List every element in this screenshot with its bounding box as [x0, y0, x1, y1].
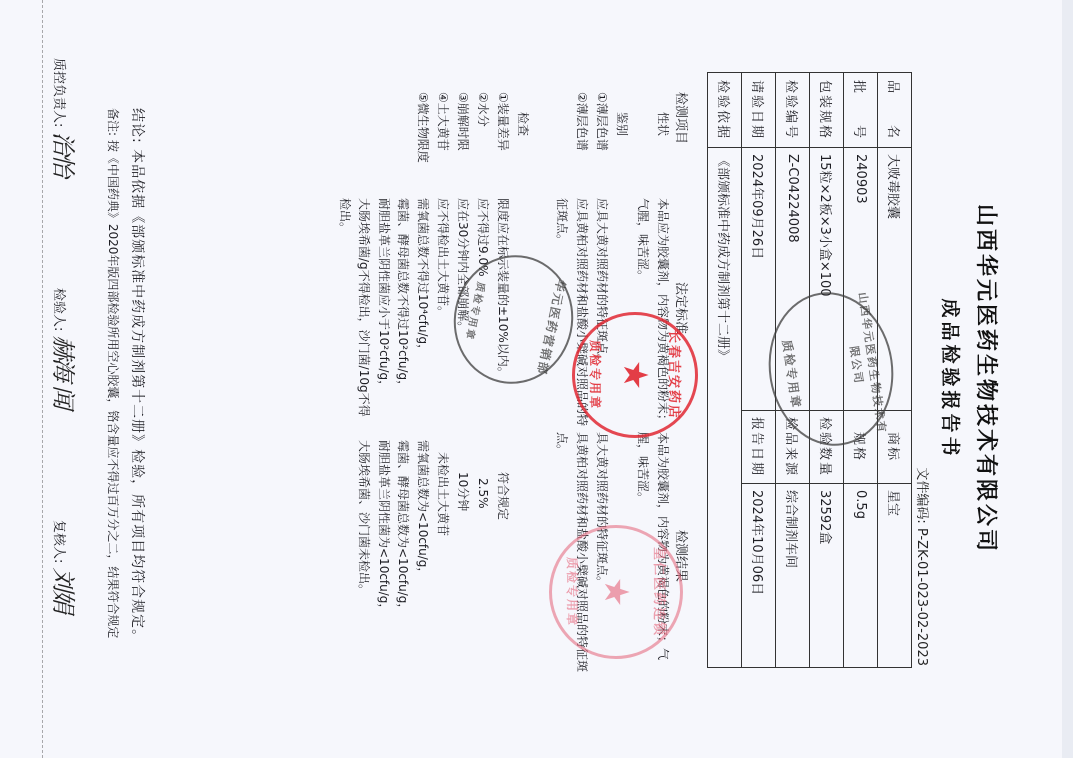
red-qc-stamp: 长春吉安药店 ★ 质检专用章 [572, 312, 698, 438]
stamp-text-bottom: 质检专用章 [564, 528, 581, 656]
item-moisture: ②水分 [473, 92, 493, 127]
item-tlc-2: ②薄层色谱 [572, 92, 592, 151]
remark-label: 备注: [106, 108, 120, 136]
standard-microbial-limit: 需氧菌总数不得过10⁴cfu/g， 霉菌、酵母菌总数不得过10²cfu/g， 耐… [335, 198, 433, 417]
item-rhaponticin: ④土大黄苷 [433, 92, 453, 151]
label-inspection-number: 检验编号 [776, 73, 810, 148]
label-product-name: 品 名 [878, 73, 912, 148]
value-quantity: 32592盒 [810, 484, 844, 668]
label-packaging: 包装规格 [810, 73, 844, 148]
inspector-signature-block: 检验人: 赫海 闻 [48, 288, 83, 407]
item-tlc-1: ①薄层色谱 [592, 92, 612, 151]
item-examination: 检查 [513, 112, 533, 136]
value-report-date: 2024年10月06日 [742, 484, 776, 668]
inspector-label: 检验人: [51, 288, 66, 331]
document-code: 文件编码: P-ZK-01-023-02-2023 [914, 467, 933, 666]
label-batch-number: 批 号 [844, 73, 878, 148]
reviewer-signature-block: 复核人: 刘娟 [48, 520, 83, 612]
company-name: 山西华元医药生物技术有限公司 [972, 0, 1003, 758]
table-row: 检验依据 《部颁标准中药成方制剂第十二册》 [708, 73, 742, 668]
standard-microbial-line: 耐胆盐革兰阴性菌应小于10²cfu/g， [374, 198, 394, 417]
result-microbial-line: 耐胆盐革兰阴性菌为<10cfu/g， [374, 440, 394, 615]
result-rhaponticin: 未检出土大黄苷 [433, 452, 453, 536]
conclusion-label: 结论: [129, 108, 145, 144]
scan-fold-line [42, 0, 43, 758]
pink-qc-stamp: 皇仁医药连锁 ★ 质检专用章 [549, 525, 683, 659]
standard-microbial-line: 霉菌、酵母菌总数不得过10²cfu/g， [393, 198, 413, 417]
inspection-report-page: 山西华元医药生物技术有限公司 成品检验报告书 文件编码: P-ZK-01-023… [0, 0, 1073, 758]
remark-text: 按《中国药典》2020年版四部检验所用空心胶囊，铬含量应不得过百万分之二，结果符… [106, 140, 120, 639]
value-sample-source: 综合制剂车间 [776, 484, 810, 668]
standard-microbial-line: 需氧菌总数不得过10⁴cfu/g， [413, 198, 433, 417]
result-microbial-line: 霉菌、酵母菌总数为<10cfu/g， [393, 440, 413, 615]
result-fill-variation: 符合规定 [493, 472, 513, 520]
standard-microbial-line: 检出。 [335, 198, 355, 417]
conclusion: 结论: 本品依据《部颁标准中药成方制剂第十二册》检验，所有项目均符合规定。 [128, 108, 148, 644]
item-identification: 鉴别 [612, 112, 632, 136]
report-title: 成品检验报告书 [938, 0, 965, 758]
standard-microbial-line: 大肠埃希菌/g不得检出，沙门菌/10g不得 [354, 198, 374, 417]
result-disintegration: 10分钟 [453, 472, 473, 511]
stamp-text-top: 长春吉安药店 [666, 315, 685, 435]
qc-signature: 治怡 [49, 132, 77, 176]
label-request-date: 请验日期 [742, 73, 776, 148]
reviewer-signature: 刘娟 [49, 568, 77, 612]
document-code-value: P-ZK-01-023-02-2023 [914, 528, 929, 666]
star-icon: ★ [618, 360, 652, 390]
value-inspection-basis: 《部颁标准中药成方制剂第十二册》 [708, 148, 742, 668]
label-inspection-basis: 检验依据 [708, 73, 742, 148]
value-specification: 0.5g [844, 484, 878, 668]
standard-rhaponticin: 应不得检出土大黄苷。 [433, 198, 453, 318]
result-moisture: 2.5% [473, 478, 493, 509]
conclusion-text: 本品依据《部颁标准中药成方制剂第十二册》检验，所有项目均符合规定。 [129, 149, 145, 644]
label-report-date: 报告日期 [742, 411, 776, 484]
result-microbial-line: 大肠埃希菌、沙门菌未检出。 [354, 440, 374, 615]
stamp-text-top: 皇仁医药连锁 [651, 528, 670, 656]
qc-label: 质控负责人: [51, 58, 66, 127]
qc-signature-block: 质控负责人: 治怡 [48, 58, 83, 176]
document-code-label: 文件编码: [914, 467, 929, 523]
star-icon: ★ [599, 577, 633, 607]
result-microbial-line: 需氧菌总数为<10cfu/g， [413, 440, 433, 615]
item-disintegration: ③崩解时限 [453, 92, 473, 151]
stamp-text-bottom: 质检专用章 [587, 315, 604, 435]
reviewer-label: 复核人: [51, 520, 66, 563]
item-fill-variation: ①装量差异 [493, 92, 513, 151]
value-trademark: 星宝 [878, 484, 912, 668]
item-microbial-limit: ⑤微生物限度 [413, 92, 433, 163]
item-appearance: 性状 [653, 112, 673, 136]
inspector-signature: 赫海 闻 [49, 336, 77, 408]
header-test-item: 检测项目 [673, 92, 692, 144]
remark: 备注: 按《中国药典》2020年版四部检验所用空心胶囊，铬含量应不得过百万分之二… [105, 108, 122, 638]
result-microbial-limit: 需氧菌总数为<10cfu/g， 霉菌、酵母菌总数为<10cfu/g， 耐胆盐革兰… [354, 440, 432, 615]
